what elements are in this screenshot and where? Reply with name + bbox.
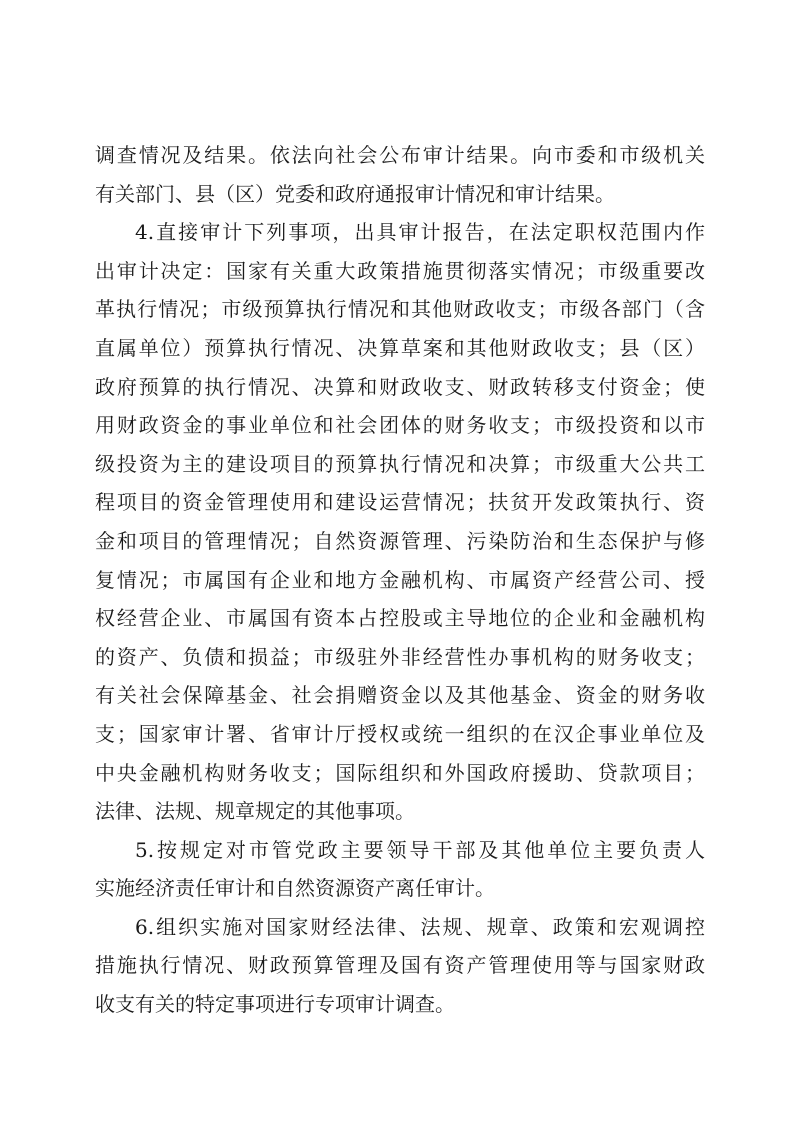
text-line: 出审计决定：国家有关重大政策措施贯彻落实情况；市级重要改: [95, 252, 705, 291]
text-line: 政府预算的执行情况、决算和财政收支、财政转移支付资金；使: [95, 368, 705, 407]
text-line: 法律、法规、规章规定的其他事项。: [95, 792, 705, 831]
text-line: 收支有关的特定事项进行专项审计调查。: [95, 985, 705, 1024]
paragraph-item-6: 6.组织实施对国家财经法律、法规、规章、政策和宏观调控 措施执行情况、财政预算管…: [95, 908, 705, 1024]
document-page: 调查情况及结果。依法向社会公布审计结果。向市委和市级机关 有关部门、县（区）党委…: [95, 136, 705, 1024]
text-line: 用财政资金的事业单位和社会团体的财务收支；市级投资和以市: [95, 406, 705, 445]
text-line: 6.组织实施对国家财经法律、法规、规章、政策和宏观调控: [95, 908, 705, 947]
text-line: 实施经济责任审计和自然资源资产离任审计。: [95, 869, 705, 908]
text-line: 金和项目的管理情况；自然资源管理、污染防治和生态保护与修: [95, 522, 705, 561]
text-line: 措施执行情况、财政预算管理及国有资产管理使用等与国家财政: [95, 946, 705, 985]
text-line: 的资产、负债和损益；市级驻外非经营性办事机构的财务收支；: [95, 638, 705, 677]
paragraph-continuation: 调查情况及结果。依法向社会公布审计结果。向市委和市级机关 有关部门、县（区）党委…: [95, 136, 705, 213]
paragraph-item-4: 4.直接审计下列事项，出具审计报告，在法定职权范围内作 出审计决定：国家有关重大…: [95, 213, 705, 831]
text-line: 有关社会保障基金、社会捐赠资金以及其他基金、资金的财务收: [95, 676, 705, 715]
text-line: 调查情况及结果。依法向社会公布审计结果。向市委和市级机关: [95, 136, 705, 175]
text-line: 5.按规定对市管党政主要领导干部及其他单位主要负责人: [95, 831, 705, 870]
text-line: 4.直接审计下列事项，出具审计报告，在法定职权范围内作: [95, 213, 705, 252]
text-line: 中央金融机构财务收支；国际组织和外国政府援助、贷款项目；: [95, 754, 705, 793]
text-line: 程项目的资金管理使用和建设运营情况；扶贫开发政策执行、资: [95, 483, 705, 522]
text-line: 权经营企业、市属国有资本占控股或主导地位的企业和金融机构: [95, 599, 705, 638]
text-line: 级投资为主的建设项目的预算执行情况和决算；市级重大公共工: [95, 445, 705, 484]
text-line: 有关部门、县（区）党委和政府通报审计情况和审计结果。: [95, 175, 705, 214]
text-line: 直属单位）预算执行情况、决算草案和其他财政收支；县（区）: [95, 329, 705, 368]
text-line: 复情况；市属国有企业和地方金融机构、市属资产经营公司、授: [95, 561, 705, 600]
text-line: 革执行情况；市级预算执行情况和其他财政收支；市级各部门（含: [95, 290, 705, 329]
paragraph-item-5: 5.按规定对市管党政主要领导干部及其他单位主要负责人 实施经济责任审计和自然资源…: [95, 831, 705, 908]
text-line: 支；国家审计署、省审计厅授权或统一组织的在汉企事业单位及: [95, 715, 705, 754]
